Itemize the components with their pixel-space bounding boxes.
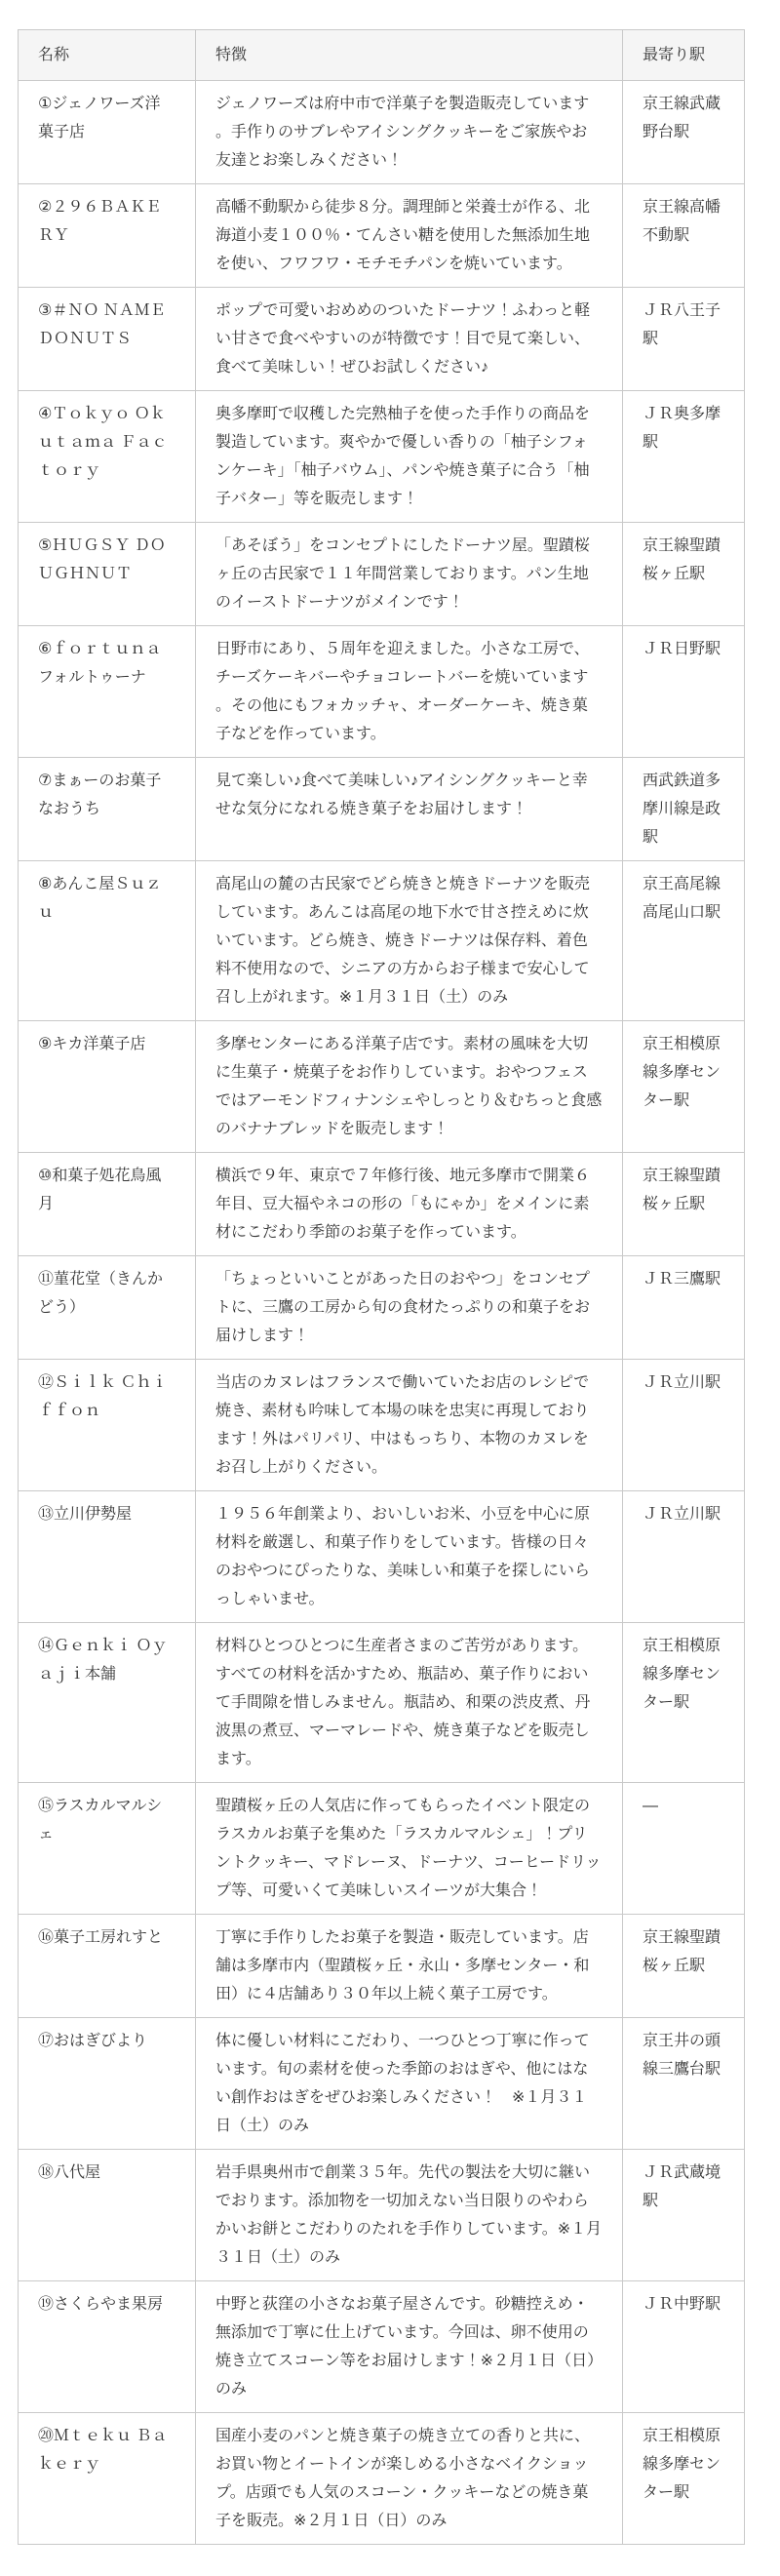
header-row: 名称 特徴 最寄り駅 — [19, 30, 745, 81]
table-row: ⑲さくらやま果房 中野と荻窪の小さなお菓子屋さんです。砂糖控えめ・無添加で丁寧に… — [19, 2281, 745, 2413]
table-row: ⑪菫花堂（きんかどう） 「ちょっといいことがあった日のおやつ」をコンセプトに、三… — [19, 1256, 745, 1360]
shop-name-cell: ③＃ＮＯ ＮＡＭＥ ＤＯＮＵＴＳ — [19, 288, 196, 391]
shop-feature-cell: ジェノワーズは府中市で洋菓子を製造販売しています。手作りのサブレやアイシングクッ… — [196, 81, 623, 184]
shop-name-cell: ⑭Ｇｅｎｋｉ Ｏｙａｊｉ本舗 — [19, 1623, 196, 1783]
column-header-feature: 特徴 — [196, 30, 623, 81]
shops-table: 名称 特徴 最寄り駅 ①ジェノワーズ洋菓子店 ジェノワーズは府中市で洋菓子を製造… — [18, 29, 745, 2545]
shop-name-cell: ⑫Ｓｉｌｋ Ｃｈｉｆｆｏｎ — [19, 1360, 196, 1491]
shop-feature-cell: 「ちょっといいことがあった日のおやつ」をコンセプトに、三鷹の工房から旬の食材たっ… — [196, 1256, 623, 1360]
shop-feature-cell: 多摩センターにある洋菓子店です。素材の風味を大切に生菓子・焼菓子をお作りしていま… — [196, 1021, 623, 1153]
shop-feature-cell: 日野市にあり、５周年を迎えました。小さな工房で、チーズケーキバーやチョコレートバ… — [196, 626, 623, 758]
shop-station-cell: ＪＲ日野駅 — [623, 626, 745, 758]
shop-name-cell: ⑮ラスカルマルシェ — [19, 1783, 196, 1915]
shop-name-cell: ⑥ｆｏｒｔｕｎａ フォルトゥーナ — [19, 626, 196, 758]
table-row: ⑫Ｓｉｌｋ Ｃｈｉｆｆｏｎ 当店のカヌレはフランスで働いていたお店のレシピで焼き… — [19, 1360, 745, 1491]
table-row: ⑧あんこ屋Ｓｕｚｕ 高尾山の麓の古民家でどら焼きと焼きドーナツを販売しています。… — [19, 861, 745, 1021]
table-row: ①ジェノワーズ洋菓子店 ジェノワーズは府中市で洋菓子を製造販売しています。手作り… — [19, 81, 745, 184]
table-body: ①ジェノワーズ洋菓子店 ジェノワーズは府中市で洋菓子を製造販売しています。手作り… — [19, 81, 745, 2545]
shop-station-cell: 京王線聖蹟桜ヶ丘駅 — [623, 1153, 745, 1256]
table-row: ⑨キカ洋菓子店 多摩センターにある洋菓子店です。素材の風味を大切に生菓子・焼菓子… — [19, 1021, 745, 1153]
table-row: ⑤ＨＵＧＳＹ ＤＯＵＧＨＮＵＴ 「あそぼう」をコンセプトにしたドーナツ屋。聖蹟桜… — [19, 523, 745, 626]
shop-station-cell: ＪＲ中野駅 — [623, 2281, 745, 2413]
table-row: ⑦まぁーのお菓子なおうち 見て楽しい♪食べて美味しい♪アイシングクッキーと幸せな… — [19, 758, 745, 861]
shop-feature-cell: 「あそぼう」をコンセプトにしたドーナツ屋。聖蹟桜ヶ丘の古民家で１１年間営業してお… — [196, 523, 623, 626]
page: 名称 特徴 最寄り駅 ①ジェノワーズ洋菓子店 ジェノワーズは府中市で洋菓子を製造… — [0, 0, 780, 2576]
column-header-name: 名称 — [19, 30, 196, 81]
shop-name-cell: ⑨キカ洋菓子店 — [19, 1021, 196, 1153]
shop-name-cell: ②２９６ＢＡＫＥＲＹ — [19, 184, 196, 288]
shop-feature-cell: １９５６年創業より、おいしいお米、小豆を中心に原材料を厳選し、和菓子作りをしてい… — [196, 1491, 623, 1623]
shop-name-cell: ⑩和菓子処花鳥風月 — [19, 1153, 196, 1256]
shop-station-cell: 京王相模原線多摩センター駅 — [623, 1021, 745, 1153]
shop-feature-cell: 当店のカヌレはフランスで働いていたお店のレシピで焼き、素材も吟味して本場の味を忠… — [196, 1360, 623, 1491]
shop-feature-cell: 丁寧に手作りしたお菓子を製造・販売しています。店舗は多摩市内（聖蹟桜ヶ丘・永山・… — [196, 1915, 623, 2018]
shop-feature-cell: 奥多摩町で収穫した完熟柚子を使った手作りの商品を製造しています。爽やかで優しい香… — [196, 391, 623, 523]
shop-name-cell: ⑧あんこ屋Ｓｕｚｕ — [19, 861, 196, 1021]
table-row: ③＃ＮＯ ＮＡＭＥ ＤＯＮＵＴＳ ポップで可愛いおめめのついたドーナツ！ふわっと… — [19, 288, 745, 391]
shop-name-cell: ⑤ＨＵＧＳＹ ＤＯＵＧＨＮＵＴ — [19, 523, 196, 626]
shop-name-cell: ⑳Ｍｔｅｋｕ Ｂａｋｅｒｙ — [19, 2413, 196, 2545]
table-row: ⑳Ｍｔｅｋｕ Ｂａｋｅｒｙ 国産小麦のパンと焼き菓子の焼き立ての香りと共に、お買… — [19, 2413, 745, 2545]
table-row: ②２９６ＢＡＫＥＲＹ 高幡不動駅から徒歩８分。調理師と栄養士が作る、北海道小麦１… — [19, 184, 745, 288]
table-row: ⑱八代屋 岩手県奥州市で創業３５年。先代の製法を大切に継いでおります。添加物を一… — [19, 2150, 745, 2281]
shop-feature-cell: 国産小麦のパンと焼き菓子の焼き立ての香りと共に、お買い物とイートインが楽しめる小… — [196, 2413, 623, 2545]
shop-name-cell: ⑯菓子工房れすと — [19, 1915, 196, 2018]
table-row: ⑭Ｇｅｎｋｉ Ｏｙａｊｉ本舗 材料ひとつひとつに生産者さまのご苦労があります。す… — [19, 1623, 745, 1783]
shop-feature-cell: 高尾山の麓の古民家でどら焼きと焼きドーナツを販売しています。あんこは高尾の地下水… — [196, 861, 623, 1021]
shop-station-cell: ＪＲ立川駅 — [623, 1491, 745, 1623]
table-row: ⑰おはぎびより 体に優しい材料にこだわり、一つひとつ丁寧に作っています。旬の素材… — [19, 2018, 745, 2150]
shop-name-cell: ⑬立川伊勢屋 — [19, 1491, 196, 1623]
shop-station-cell: 京王線聖蹟桜ヶ丘駅 — [623, 523, 745, 626]
table-row: ⑬立川伊勢屋 １９５６年創業より、おいしいお米、小豆を中心に原材料を厳選し、和菓… — [19, 1491, 745, 1623]
table-row: ⑥ｆｏｒｔｕｎａ フォルトゥーナ 日野市にあり、５周年を迎えました。小さな工房で… — [19, 626, 745, 758]
table-row: ⑮ラスカルマルシェ 聖蹟桜ヶ丘の人気店に作ってもらったイベント限定のラスカルお菓… — [19, 1783, 745, 1915]
shop-station-cell: 京王線武蔵野台駅 — [623, 81, 745, 184]
shop-name-cell: ④Ｔｏｋｙｏ Ｏｋｕｔａｍａ Ｆａｃｔｏｒｙ — [19, 391, 196, 523]
shop-name-cell: ①ジェノワーズ洋菓子店 — [19, 81, 196, 184]
shop-station-cell: ＪＲ奥多摩駅 — [623, 391, 745, 523]
table-row: ④Ｔｏｋｙｏ Ｏｋｕｔａｍａ Ｆａｃｔｏｒｙ 奥多摩町で収穫した完熟柚子を使った… — [19, 391, 745, 523]
shop-name-cell: ⑲さくらやま果房 — [19, 2281, 196, 2413]
shop-station-cell: 京王相模原線多摩センター駅 — [623, 2413, 745, 2545]
table-header: 名称 特徴 最寄り駅 — [19, 30, 745, 81]
shop-name-cell: ⑱八代屋 — [19, 2150, 196, 2281]
shop-feature-cell: 中野と荻窪の小さなお菓子屋さんです。砂糖控えめ・無添加で丁寧に仕上げています。今… — [196, 2281, 623, 2413]
shop-feature-cell: ポップで可愛いおめめのついたドーナツ！ふわっと軽い甘さで食べやすいのが特徴です！… — [196, 288, 623, 391]
table-row: ⑯菓子工房れすと 丁寧に手作りしたお菓子を製造・販売しています。店舗は多摩市内（… — [19, 1915, 745, 2018]
shop-station-cell: 西武鉄道多摩川線是政駅 — [623, 758, 745, 861]
shop-station-cell: 京王線聖蹟桜ヶ丘駅 — [623, 1915, 745, 2018]
shop-station-cell: 京王井の頭線三鷹台駅 — [623, 2018, 745, 2150]
shop-station-cell: 京王線高幡不動駅 — [623, 184, 745, 288]
shop-station-cell: ＪＲ武蔵境駅 — [623, 2150, 745, 2281]
shop-feature-cell: 岩手県奥州市で創業３５年。先代の製法を大切に継いでおります。添加物を一切加えない… — [196, 2150, 623, 2281]
shop-feature-cell: 材料ひとつひとつに生産者さまのご苦労があります。すべての材料を活かすため、瓶詰め… — [196, 1623, 623, 1783]
shop-name-cell: ⑦まぁーのお菓子なおうち — [19, 758, 196, 861]
shop-station-cell: ― — [623, 1783, 745, 1915]
shop-station-cell: ＪＲ三鷹駅 — [623, 1256, 745, 1360]
shop-name-cell: ⑪菫花堂（きんかどう） — [19, 1256, 196, 1360]
shop-feature-cell: 体に優しい材料にこだわり、一つひとつ丁寧に作っています。旬の素材を使った季節のお… — [196, 2018, 623, 2150]
table-row: ⑩和菓子処花鳥風月 横浜で９年、東京で７年修行後、地元多摩市で開業６年目、豆大福… — [19, 1153, 745, 1256]
column-header-station: 最寄り駅 — [623, 30, 745, 81]
shop-station-cell: 京王相模原線多摩センター駅 — [623, 1623, 745, 1783]
shop-feature-cell: 横浜で９年、東京で７年修行後、地元多摩市で開業６年目、豆大福やネコの形の「もにゃ… — [196, 1153, 623, 1256]
shop-feature-cell: 聖蹟桜ヶ丘の人気店に作ってもらったイベント限定のラスカルお菓子を集めた「ラスカル… — [196, 1783, 623, 1915]
shop-name-cell: ⑰おはぎびより — [19, 2018, 196, 2150]
shop-feature-cell: 高幡不動駅から徒歩８分。調理師と栄養士が作る、北海道小麦１００％・てんさい糖を使… — [196, 184, 623, 288]
shop-station-cell: 京王高尾線高尾山口駅 — [623, 861, 745, 1021]
shop-station-cell: ＪＲ八王子駅 — [623, 288, 745, 391]
shop-feature-cell: 見て楽しい♪食べて美味しい♪アイシングクッキーと幸せな気分になれる焼き菓子をお届… — [196, 758, 623, 861]
shop-station-cell: ＪＲ立川駅 — [623, 1360, 745, 1491]
